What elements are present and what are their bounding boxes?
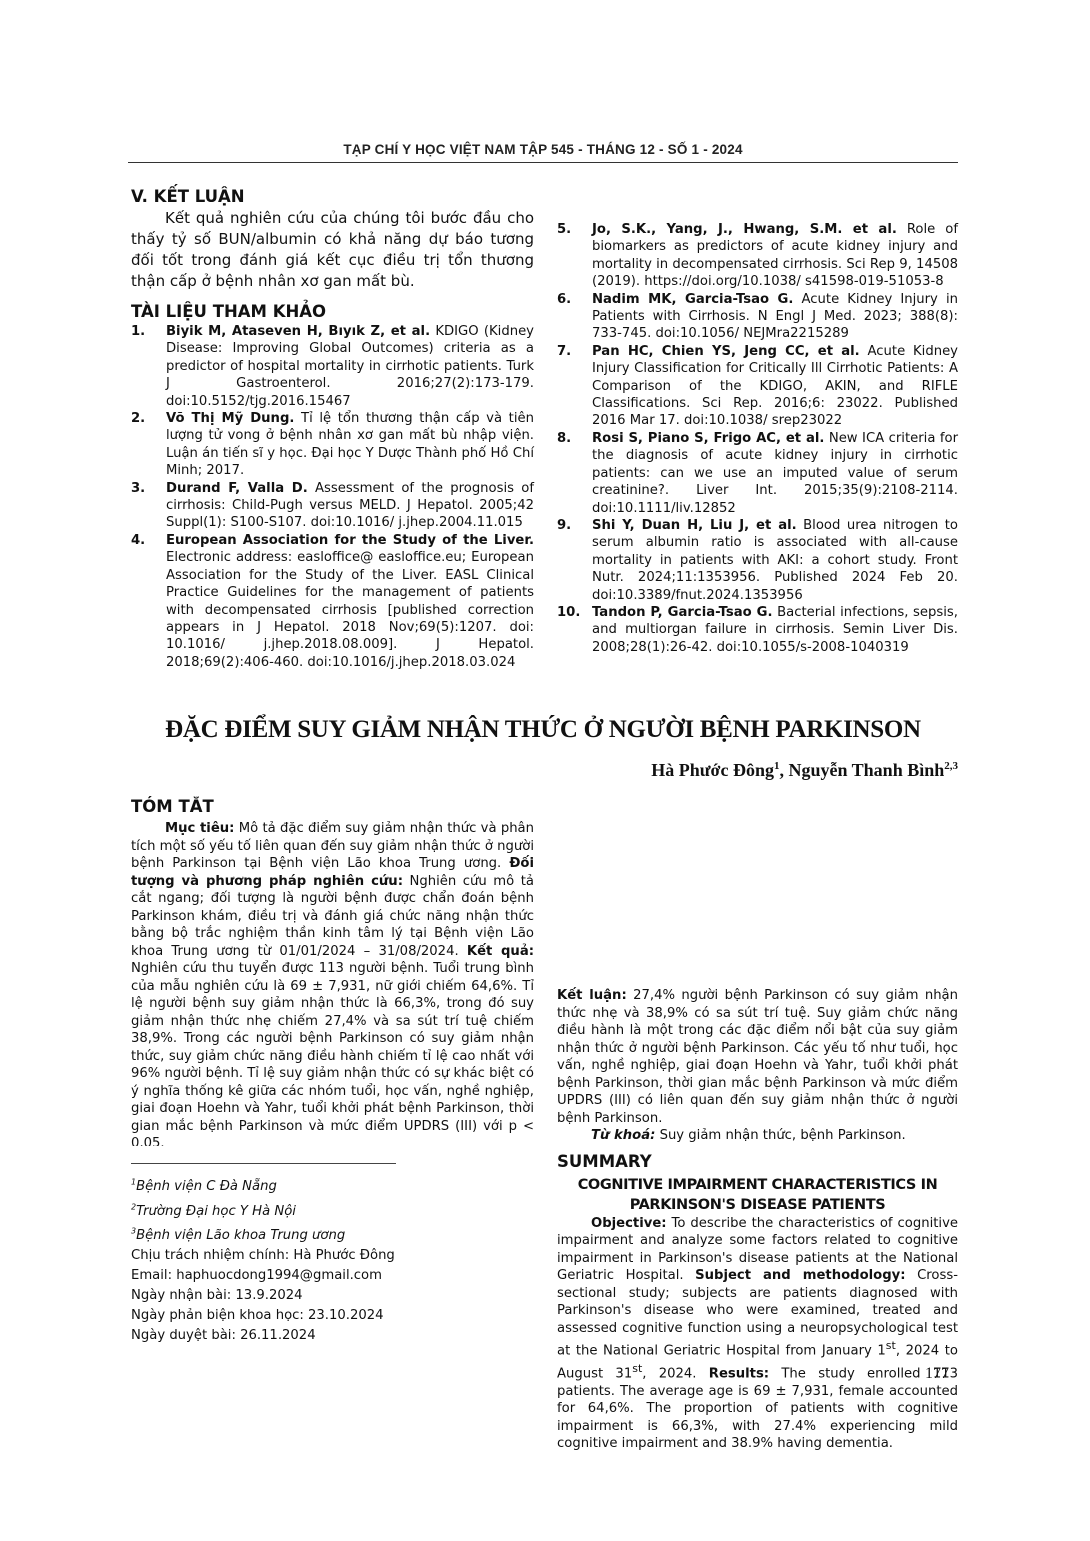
summary-heading: SUMMARY [557,1151,958,1173]
abstract-right-column: Mục tiêu: Mô tả đặc điểm suy giảm nhận t… [557,794,958,1453]
keywords-label: Từ khoá: [591,1128,655,1143]
reference-item: 10.Tandon P, Garcia-Tsao G. Bacterial in… [557,604,958,656]
reference-item: 4.European Association for the Study of … [131,532,534,672]
article-title: ĐẶC ĐIỂM SUY GIẢM NHẬN THỨC Ở NGƯỜI BỆNH… [128,716,958,744]
header-rule [128,162,958,163]
reference-item: 9.Shi Y, Duan H, Liu J, et al. Blood ure… [557,517,958,604]
methods-label: Subject and methodology: [695,1268,905,1283]
received-date: Ngày nhận bài: 13.9.2024 [131,1286,531,1306]
reference-authors: Võ Thị Mỹ Dung. [166,411,294,426]
keywords: Từ khoá: Suy giảm nhận thức, bệnh Parkin… [557,1127,958,1145]
review-date: Ngày phản biện khoa học: 23.10.2024 [131,1306,531,1326]
reference-number: 6. [557,291,571,308]
reference-item: 6.Nadim MK, Garcia-Tsao G. Acute Kidney … [557,291,958,343]
footnotes: 1Bệnh viện C Đà Nẵng 2Trường Đại học Y H… [131,1173,531,1346]
results-label: Results: [709,1366,769,1381]
reference-authors: European Association for the Study of th… [166,533,534,548]
reference-item: 1.Biyik M, Ataseven H, Bıyık Z, et al. K… [131,323,534,410]
reference-authors: Durand F, Valla D. [166,481,308,496]
author-name: Hà Phước Đông [651,760,774,780]
objective-label: Mục tiêu: [165,821,234,836]
ordinal-sup: st [886,1339,896,1352]
reference-authors: Tandon P, Garcia-Tsao G. [592,605,773,620]
conclusion-text: 27,4% người bệnh Parkinson có suy giảm n… [557,988,958,1126]
affiliation-text: Trường Đại học Y Hà Nội [136,1204,296,1219]
reference-item: 2.Võ Thị Mỹ Dung. Tỉ lệ tổn thương thận … [131,410,534,480]
reference-authors: Shi Y, Duan H, Liu J, et al. [592,518,797,533]
reference-authors: Pan HC, Chien YS, Jeng CC, et al. [592,344,860,359]
summary-title: COGNITIVE IMPAIRMENT CHARACTERISTICS IN … [557,1175,958,1215]
abstract-vi-left: TÓM TẮT Mục tiêu: Mô tả đặc điểm suy giả… [131,796,534,1146]
reference-text: Electronic address: easloffice@ easloffi… [166,550,534,669]
page-number: 177 [925,1365,949,1383]
reference-item: 3.Durand F, Valla D. Assessment of the p… [131,480,534,532]
affiliation-1: 1Bệnh viện C Đà Nẵng [131,1173,531,1197]
affiliation-2: 2Trường Đại học Y Hà Nội [131,1197,531,1221]
reference-number: 1. [131,323,145,340]
previous-article-left-column: V. KẾT LUẬN Kết quả nghiên cứu của chúng… [131,186,534,672]
ordinal-sup: st [632,1362,642,1375]
keywords-text: Suy giảm nhận thức, bệnh Parkinson. [655,1128,905,1143]
reference-item: 7.Pan HC, Chien YS, Jeng CC, et al. Acut… [557,343,958,430]
author-name: Nguyễn Thanh Bình [788,760,944,780]
reference-item: 8.Rosi S, Piano S, Frigo AC, et al. New … [557,430,958,517]
responsible-author: Chịu trách nhiệm chính: Hà Phước Đông [131,1246,531,1266]
references-heading: TÀI LIỆU THAM KHẢO [131,301,534,323]
objective-label: Objective: [591,1216,667,1231]
article-authors: Hà Phước Đông1, Nguyễn Thanh Bình2,3 [500,760,958,781]
abstract-vi-conclusion: Kết luận: 27,4% người bệnh Parkinson có … [557,987,958,1127]
previous-article-right-column: Electronic address: easloffice@ easloffi… [557,186,958,656]
email[interactable]: Email: haphuocdong1994@gmail.com [131,1266,531,1286]
reference-authors: Biyik M, Ataseven H, Bıyık Z, et al. [166,324,430,339]
footnote-rule [131,1163,396,1164]
reference-authors: Rosi S, Piano S, Frigo AC, et al. [592,431,824,446]
abstract-vi-continuation: Mục tiêu: Mô tả đặc điểm suy giảm nhận t… [557,794,958,987]
methods-text: , 2024. [642,1366,709,1381]
affiliation-text: Bệnh viện Lão khoa Trung ương [136,1228,345,1243]
reference-continuation: Electronic address: easloffice@ easloffi… [557,186,958,221]
affiliation-3: 3Bệnh viện Lão khoa Trung ương [131,1222,531,1246]
abstract-vi-overflow-text: Mục tiêu: Mô tả đặc điểm suy giảm nhận t… [557,794,958,829]
reference-authors: Jo, S.K., Yang, J., Hwang, S.M. et al. [592,222,897,237]
reference-number: 3. [131,480,145,497]
abstract-vi-body: Mục tiêu: Mô tả đặc điểm suy giảm nhận t… [131,820,534,1146]
affiliation-text: Bệnh viện C Đà Nẵng [136,1179,277,1194]
summary-body: Objective: To describe the characteristi… [557,1215,958,1453]
reference-number: 9. [557,517,571,534]
reference-number: 4. [131,532,145,549]
reference-item: 5.Jo, S.K., Yang, J., Hwang, S.M. et al.… [557,221,958,291]
conclusion-text: Kết quả nghiên cứu của chúng tôi bước đầ… [131,208,534,292]
reference-number: 5. [557,221,571,238]
author-affiliation-sup: 2,3 [944,760,958,772]
conclusion-label: Kết luận: [557,988,627,1003]
reference-number: 8. [557,430,571,447]
results-text: Nghiên cứu thu tuyển được 113 người bệnh… [131,961,534,1146]
reference-number: 7. [557,343,571,360]
journal-header: TẠP CHÍ Y HỌC VIỆT NAM TẬP 545 - THÁNG 1… [128,142,958,157]
conclusion-heading: V. KẾT LUẬN [131,186,534,208]
results-label: Kết quả: [467,944,534,959]
reference-number: 2. [131,410,145,427]
reference-authors: Nadim MK, Garcia-Tsao G. [592,292,793,307]
abstract-vi-heading: TÓM TẮT [131,796,534,818]
reference-number: 10. [557,604,580,621]
accepted-date: Ngày duyệt bài: 26.11.2024 [131,1326,531,1346]
